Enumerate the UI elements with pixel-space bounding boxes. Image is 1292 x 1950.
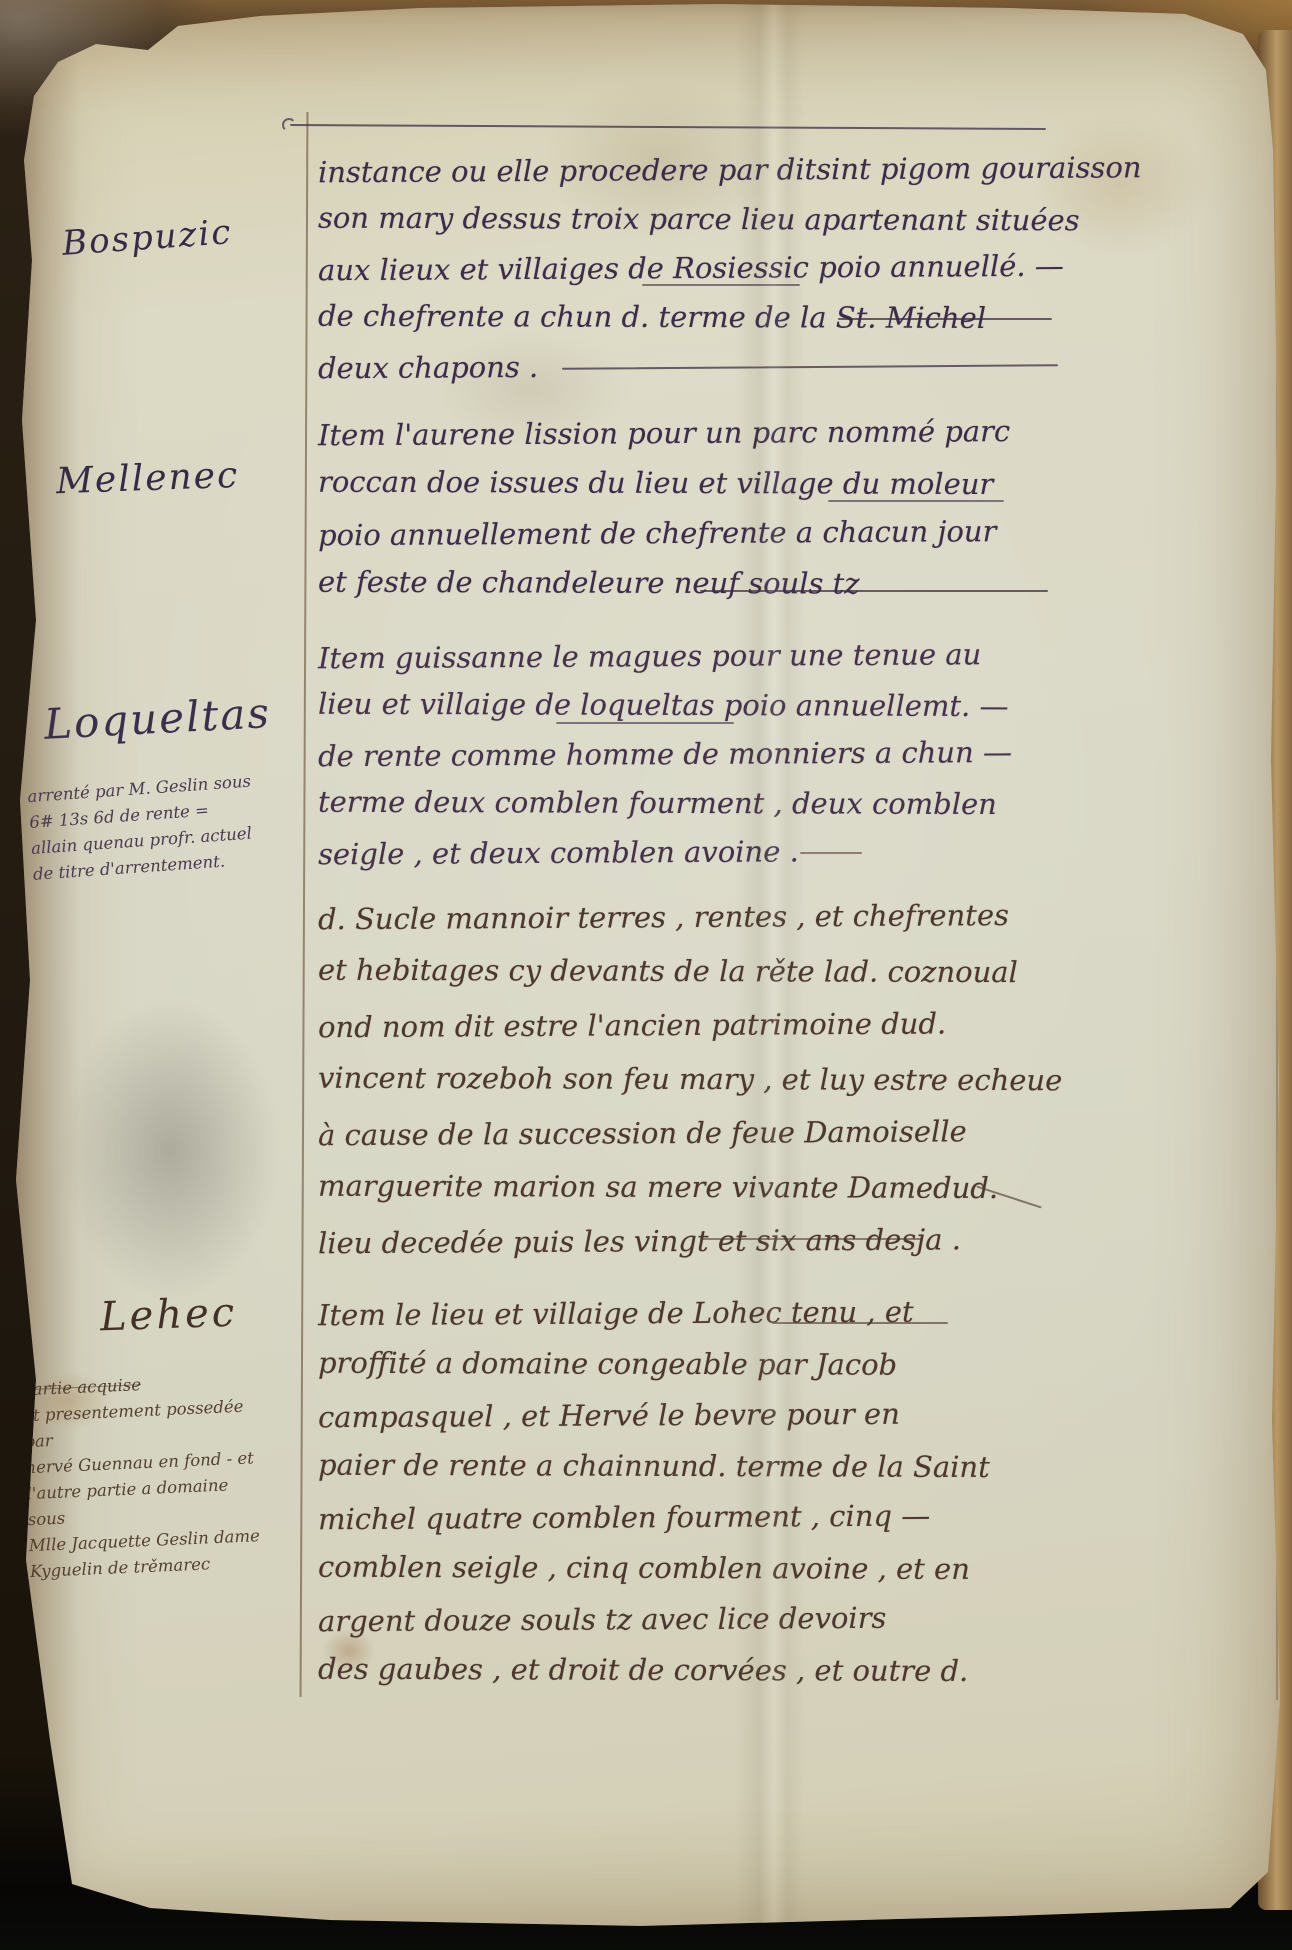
- text-line: paier de rente a chainnund. terme de la …: [318, 1440, 1066, 1494]
- text-line: comblen seigle , cinq comblen avoine , e…: [318, 1542, 1066, 1596]
- text-line: roccan doe issues du lieu et village du …: [318, 457, 1066, 510]
- paragraph-loqueltas: Item guissanne le magues pour une tenue …: [318, 632, 1066, 877]
- text-line: à cause de la succession de feue Damoise…: [318, 1104, 1066, 1163]
- left-ruling-line: [300, 112, 309, 1697]
- manuscript-page: Bospuzic Mellenec Loqueltas Lehec arrent…: [0, 0, 1292, 1950]
- top-flourish-line: [290, 124, 1046, 130]
- text-line: et hebitages cy devants de la rěte lad. …: [318, 943, 1066, 1000]
- text-line: ond nom dit estre l'ancien patrimoine du…: [318, 996, 1066, 1055]
- margin-label-lehec: Lehec: [99, 1290, 238, 1341]
- margin-note-loqueltas: arrenté par M. Geslin sous 6# 13s 6d de …: [27, 768, 264, 888]
- text-line: aux lieux et villaiges de Rosiessic poio…: [318, 242, 1066, 296]
- paragraph-mellenec: Item l'aurene lission pour un parc nommé…: [318, 408, 1066, 608]
- text-line: de chefrente a chun d. terme de la St. M…: [318, 292, 1066, 344]
- text-line: et feste de chandeleure neuf souls tz: [318, 557, 1066, 610]
- text-line: son mary dessus troix parce lieu aparten…: [318, 194, 1066, 246]
- margin-label-loqueltas: Loqueltas: [43, 688, 272, 749]
- photograph-background: Bospuzic Mellenec Loqueltas Lehec arrent…: [0, 0, 1292, 1950]
- margin-label-mellenec: Mellenec: [55, 455, 239, 502]
- paragraph-declaration: d. Sucle mannoir terres , rentes , et ch…: [318, 890, 1066, 1268]
- text-line: de rente comme homme de monniers a chun …: [318, 728, 1066, 782]
- text-line: terme deux comblen fourment , deux combl…: [318, 778, 1066, 830]
- text-line: Item l'aurene lission pour un parc nommé…: [318, 406, 1066, 461]
- text-line: poio annuellement de chefrente a chacun …: [318, 506, 1066, 561]
- text-line: proffité a domaine congeable par Jacob: [318, 1338, 1066, 1392]
- text-line: deux chapons .: [318, 340, 1066, 394]
- stain: [60, 1000, 280, 1300]
- text-line: instance ou elle procedere par ditsint p…: [318, 144, 1066, 198]
- text-line: vincent rozeboh son feu mary , et luy es…: [318, 1051, 1066, 1108]
- text-line: argent douze souls tz avec lice devoirs: [318, 1592, 1066, 1648]
- text-line: marguerite marion sa mere vivante Damedu…: [318, 1159, 1066, 1216]
- text-line: Item le lieu et villaige de Lohec tenu ,…: [318, 1286, 1066, 1342]
- text-line: campasquel , et Hervé le bevre pour en: [318, 1388, 1066, 1444]
- margin-label-bospuzic: Bospuzic: [61, 212, 234, 264]
- text-line: d. Sucle mannoir terres , rentes , et ch…: [318, 888, 1066, 947]
- text-line: lieu et villaige de loqueltas poio annue…: [318, 680, 1066, 732]
- text-line: michel quatre comblen fourment , cinq —: [318, 1490, 1066, 1546]
- text-line: seigle , et deux comblen avoine .: [318, 826, 1066, 880]
- margin-note-lehec: partie acquise et presentement possedée …: [22, 1367, 271, 1585]
- paragraph-lehec: Item le lieu et villaige de Lohec tenu ,…: [318, 1288, 1066, 1696]
- text-line: Item guissanne le magues pour une tenue …: [318, 630, 1066, 684]
- paragraph-bospuzic: instance ou elle procedere par ditsint p…: [318, 146, 1066, 391]
- text-line: des gaubes , et droit de corvées , et ou…: [318, 1644, 1066, 1698]
- text-line: lieu decedée puis les vingt et six ans d…: [318, 1212, 1066, 1271]
